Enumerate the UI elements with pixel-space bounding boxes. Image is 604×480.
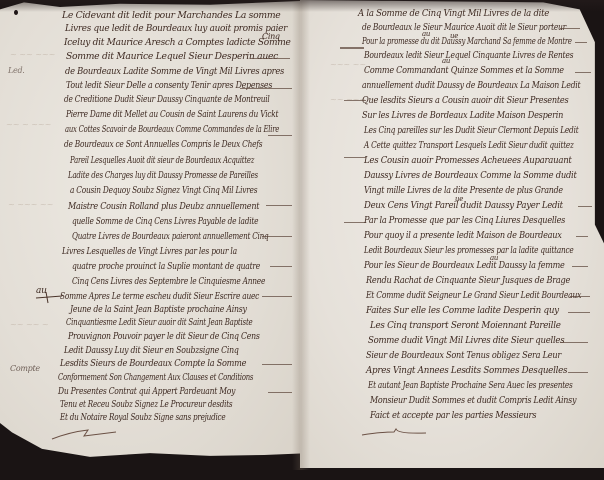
line-end-rule	[578, 206, 592, 207]
page-gutter	[292, 0, 310, 470]
bleed-through-text: ~~ ~~ ~	[10, 320, 49, 329]
text-line: Lesdits Sieurs de Bourdeaux Compte la So…	[60, 358, 246, 369]
text-line: Par la Promesse que par les Cinq Liures …	[364, 215, 565, 226]
text-line: Vingt mille Livres de la dite Presente d…	[364, 185, 563, 196]
text-line: Les Cinq pareilles sur les Dudit Sieur C…	[364, 125, 578, 136]
margin-note: Cinq	[262, 32, 280, 41]
closing-flourish	[360, 424, 430, 438]
text-line: annuellement dudit Daussy de Bourdeaux L…	[362, 80, 580, 91]
line-end-rule	[268, 392, 292, 393]
superscript-note: au	[442, 57, 450, 65]
text-line: de Bourdeaux Ladite Somme de Vingt Mil L…	[65, 66, 284, 77]
line-end-rule	[268, 135, 292, 136]
text-line: Les Cousin auoir Promesses Acheuees Aupa…	[364, 155, 572, 166]
text-line: Livres Lesquelles de Vingt Livres par le…	[62, 246, 237, 257]
text-line: Ladite des Charges luy dit Daussy Promes…	[68, 170, 258, 181]
text-line: quelle Somme de Cinq Cens Livres Payable…	[72, 216, 258, 227]
line-end-rule	[575, 72, 591, 73]
text-line: Et du Notaire Royal Soubz Signe sans pre…	[60, 412, 225, 423]
line-end-rule	[576, 236, 588, 237]
line-end-rule	[568, 372, 588, 373]
text-line: de Creditione Dudit Sieur Daussy Cinquan…	[64, 94, 270, 105]
text-line: Deux Cens Vingt Pareil dudit Daussy Paye…	[364, 200, 563, 211]
text-line: Quatre Livres de Bourdeaux paieront annu…	[72, 231, 268, 242]
line-end-rule	[262, 364, 292, 365]
superscript-note: au	[422, 30, 430, 38]
text-line: Pour la promesse du dit Daussy Marchand …	[362, 36, 572, 47]
line-start-dash	[340, 47, 364, 49]
line-end-rule	[250, 58, 290, 59]
text-line: Somme Apres Le terme escheu dudit Sieur …	[60, 291, 259, 302]
text-line: Cinq Cens Livres des Septembre le Cinqui…	[72, 276, 265, 287]
text-line: Somme dit Maurice Lequel Sieur Desperin …	[66, 51, 278, 62]
text-line: Apres Vingt Annees Lesdits Sommes Desque…	[366, 365, 567, 376]
line-start-dash	[344, 157, 366, 158]
bleed-through-text: ~ ~~~ ~~	[8, 200, 53, 209]
text-line: Ledit Daussy Luy dit Sieur en Soubzsigne…	[64, 345, 239, 356]
text-line: Sieur de Bourdeaux Sont Tenus obligez Se…	[366, 350, 561, 361]
text-line: Livres que ledit de Bourdeaux luy auoit …	[65, 23, 287, 34]
manuscript-spread: ~ ~~ ~~~ ~~ ~ ~~~ ~ ~~~ ~~ ~~ ~~ ~ ~~~ ~…	[0, 0, 604, 480]
text-line: Monsieur Dudit Sommes et dudit Compris L…	[370, 395, 576, 406]
text-line: Le Cidevant dit ledit pour Marchandes La…	[62, 10, 280, 21]
text-line: Maistre Cousin Rolland plus Deubz annuel…	[68, 201, 259, 212]
line-end-rule	[560, 342, 588, 343]
text-line: Daussy Livres de Bourdeaux Comme la Somm…	[364, 170, 577, 181]
text-line: Tout ledit Sieur Delle a consenty Tenir …	[66, 80, 272, 91]
margin-note: Led.	[8, 66, 25, 75]
text-line: A Cette quittez Transport Lesquels Ledit…	[364, 140, 574, 151]
text-line: Faict et accepte par les parties Messieu…	[370, 410, 536, 421]
text-line: Somme dudit Vingt Mil Livres dite Sieur …	[368, 335, 564, 346]
text-line: Cinquantiesme Ledit Sieur auoir dit Sain…	[66, 317, 252, 328]
text-line: Pour quoy il a presente ledit Maison de …	[364, 230, 562, 241]
bleed-through-text: ~~~ ~~	[330, 60, 366, 69]
bleed-through-text: ~ ~~ ~~~	[10, 50, 55, 59]
text-line: Les Cinq transport Seront Moiennant Pare…	[370, 320, 561, 331]
text-line: Sur les Livres de Bordeaux Ladite Maison…	[362, 110, 563, 121]
text-line: Du Presentes Contrat qui Appert Pardeuan…	[58, 386, 235, 397]
line-end-rule	[575, 42, 587, 43]
line-end-rule	[270, 266, 292, 267]
superscript-note: au	[490, 254, 498, 262]
text-line: de Bourdeaux ce Sont Annuelles Compris l…	[64, 139, 262, 150]
text-line: Jeune de la Saint Jean Baptiste prochain…	[70, 304, 247, 315]
text-line: Prouvignon Pouvoir payer le dit Sieur de…	[68, 331, 260, 342]
line-end-rule	[568, 312, 590, 313]
text-line: Tenu et Receu Soubz Signez Le Procureur …	[60, 399, 232, 410]
line-end-rule	[262, 296, 292, 297]
bleed-through-text: ~~ ~ ~~~	[6, 120, 51, 129]
line-start-dash	[344, 100, 366, 101]
line-start-dash	[344, 222, 366, 223]
closing-flourish	[50, 424, 120, 442]
line-end-rule	[570, 296, 590, 297]
text-line: Et Comme dudit Seigneur Le Grand Sieur L…	[366, 290, 581, 301]
text-line: de Bourdeaux le Sieur Maurice Auoit dit …	[362, 22, 566, 33]
text-line: A la Somme de Cinq Vingt Mil Livres de l…	[358, 8, 549, 19]
superscript-note: ue	[450, 32, 458, 40]
text-line: quatre proche prouinct la Suplie montant…	[72, 261, 260, 272]
line-end-rule	[266, 205, 292, 206]
text-line: Pareil Lesquelles Auoit dit sieur de Bou…	[70, 155, 254, 166]
text-line: Rendu Rachat de Cinquante Sieur Jusques …	[366, 275, 570, 286]
text-line: Ledit Bourdeaux Sieur les promesses par …	[364, 245, 573, 256]
text-line: Iceluy dit Maurice Aresch a Comptes ladi…	[64, 37, 291, 48]
text-line: Conformement Son Changement Aux Clauses …	[58, 372, 253, 383]
line-end-rule	[262, 236, 292, 237]
line-end-rule	[572, 266, 588, 267]
text-line: Que lesdits Sieurs a Cousin auoir dit Si…	[362, 95, 568, 106]
text-line: Pour les Sieur de Bourdeaux Ledit Daussy…	[364, 260, 565, 271]
text-line: Et autant Jean Baptiste Prochaine Sera A…	[368, 380, 573, 391]
cross-mark	[34, 290, 64, 304]
text-line: Bourdeaux ledit Sieur Lequel Cinquante L…	[364, 50, 573, 61]
text-line: aux Cottes Scavoir de Bourdeaux Comme Co…	[65, 124, 279, 135]
text-line: a Cousin Dequoy Soubz Signez Vingt Cinq …	[70, 185, 257, 196]
line-end-rule	[240, 88, 292, 89]
line-end-rule	[560, 28, 580, 29]
superscript-note: ue	[455, 195, 463, 203]
text-line: Comme Commandant Quinze Sommes et la Som…	[364, 65, 564, 76]
text-line: Faites Sur elle les Comme ladite Desperi…	[366, 305, 559, 316]
ink-blot	[14, 10, 18, 15]
margin-note: Compte	[10, 364, 40, 373]
text-line: Pierre Dame dit Mellet au Cousin de Sain…	[66, 109, 278, 120]
